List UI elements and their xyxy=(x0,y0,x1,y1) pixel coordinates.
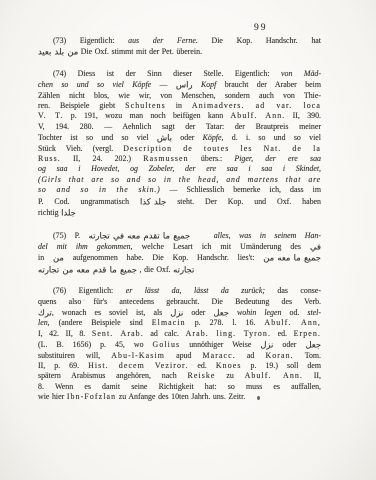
arabic-text: تجارته xyxy=(173,264,194,274)
text-line: ترك, wonach es soviel ist, als نزل oder … xyxy=(38,307,321,318)
text-line: 8. Wenn es damit seine Richtigkeit hat: … xyxy=(38,382,321,392)
text-segment: Description de toutes les Nat. de la xyxy=(123,144,321,153)
text-segment: Zählen nicht blos, wie wir, von Menschen… xyxy=(38,91,321,100)
text-segment: Schultens xyxy=(125,101,166,110)
text-segment: (74) Diess ist der Sinn dieser Stelle. E… xyxy=(53,69,281,78)
text-segment: Ibn-Fofzlan xyxy=(67,392,116,401)
text-line: (L. B. 1656) p. 45, wo Golius unnöthiger… xyxy=(38,339,321,350)
arabic-text: جميع ما معه من xyxy=(263,253,321,263)
text-segment: Erpen. xyxy=(294,329,321,338)
text-segment: Golius xyxy=(153,340,181,349)
text-segment: Rasmussen xyxy=(143,154,188,163)
text-line: wie hier Ibn-Fofzlan zu Anfange des 10te… xyxy=(38,392,321,402)
text-segment: stel- xyxy=(307,308,321,317)
text-segment: Tochter ist so und so viel xyxy=(38,133,157,142)
text-segment: del mit ihm gekommen xyxy=(38,242,131,251)
arabic-text: جلد كذا xyxy=(140,196,166,206)
text-segment: (75) P. xyxy=(53,231,89,240)
text-line: Russ. II, 24. 202.) Rasmussen übers.: Pi… xyxy=(38,154,321,164)
text-segment: ad calc. xyxy=(144,329,186,338)
footnote-paragraph: (76) Eigentlich: er lässt da, lässt da z… xyxy=(38,286,321,402)
arabic-text: راس xyxy=(176,80,193,90)
text-segment xyxy=(193,80,201,89)
text-segment: I, 42. II, 8. xyxy=(38,329,92,338)
footnote-paragraph: (73) Eigentlich: aus der Ferne. Die Kop.… xyxy=(38,36,321,58)
arabic-text: نزل xyxy=(260,340,273,350)
text-segment: P. Cod. ungrammatisch xyxy=(38,197,140,206)
text-segment: len, xyxy=(38,318,50,327)
text-segment: das conse- xyxy=(265,286,321,295)
text-segment: übers.: xyxy=(189,154,235,163)
text-line: جميع ما قدم معه من تجارته , die Oxf. تجا… xyxy=(38,264,321,275)
text-segment: Knoes xyxy=(216,361,242,370)
text-line: (Girls that are so and so in the head, a… xyxy=(38,175,321,185)
text-segment: spätern Arabismus angehören, nach xyxy=(38,371,187,380)
text-segment: Die Oxf. stimmt mit der Pet. überein. xyxy=(78,47,202,56)
text-segment: Sent. Arab. xyxy=(92,329,144,338)
text-line: chen so und so viel Köpfe — راس Kopf bra… xyxy=(38,79,321,90)
text-segment: — xyxy=(151,80,176,89)
arabic-text: في xyxy=(310,241,321,251)
text-line: I, 42. II, 8. Sent. Arab. ad calc. Arab.… xyxy=(38,329,321,339)
scanned-book-page: 99 (73) Eigentlich: aus der Ferne. Die K… xyxy=(0,0,376,480)
text-line: من بلد بعيد Die Oxf. stimmt mit der Pet.… xyxy=(38,46,321,57)
text-segment: zu xyxy=(216,371,245,380)
text-segment: Abulf. Ann. xyxy=(230,111,285,120)
text-segment: Russ. xyxy=(38,154,61,163)
text-segment: Animadvers. ad var. loca xyxy=(192,101,321,110)
text-segment: (76) Eigentlich: xyxy=(53,286,126,295)
text-segment: Maracc. xyxy=(203,351,236,360)
text-segment: aus der Ferne. xyxy=(128,36,198,45)
text-segment: unnöthiger Weise xyxy=(180,340,260,349)
text-segment: Abulf. Ann, xyxy=(264,318,321,327)
text-segment: oder xyxy=(183,308,213,317)
text-segment: Köpfe xyxy=(203,133,222,142)
text-segment: Stück Vieh. (vergl. xyxy=(38,144,123,153)
text-segment: (73) Eigentlich: xyxy=(53,36,128,45)
text-line: Tochter ist so und so viel باش oder Köpf… xyxy=(38,132,321,143)
text-segment: , d. i. so und so viel xyxy=(221,133,321,142)
text-segment: Piger, der ere saa xyxy=(234,154,321,163)
text-segment: II, 24. 202.) xyxy=(61,154,143,163)
text-line: Stück Vieh. (vergl. Description de toute… xyxy=(38,144,321,154)
arabic-text: باش xyxy=(157,133,172,143)
text-segment: (andere Beispiele sind xyxy=(50,318,152,327)
text-line: Zählen nicht blos, wie wir, von Menschen… xyxy=(38,91,321,101)
text-segment: II, p. 69. xyxy=(38,361,88,370)
arabic-text: من xyxy=(53,253,64,263)
text-segment: apud xyxy=(165,351,203,360)
arabic-text: جلدا xyxy=(61,208,76,218)
text-segment: II, xyxy=(303,371,321,380)
text-line: II, p. 69. Hist. decem Veziror. ed. Knoe… xyxy=(38,361,321,371)
text-segment: ren. Beispiele giebt xyxy=(38,101,125,110)
text-line: V, 194. 280. — Aehnlich sagt der Tatar: … xyxy=(38,122,321,132)
ink-speck xyxy=(257,396,260,400)
text-segment: (L. B. 1656) p. 45, wo xyxy=(38,340,153,349)
text-line: (75) P. جميع ما تقدم معه في تجارته alles… xyxy=(38,230,321,241)
arabic-text: نزل xyxy=(170,307,183,317)
text-segment: ed. xyxy=(188,361,215,370)
text-segment: steht. Der Kop. und Oxf. haben xyxy=(166,197,321,206)
text-segment: V. T. xyxy=(38,111,64,120)
text-line: quens also für's antecedens gebraucht. D… xyxy=(38,297,321,307)
text-segment: substituiren will, xyxy=(38,351,111,360)
text-segment: p. 278. l. 16. xyxy=(186,318,265,327)
arabic-text: جميع ما تقدم معه في تجارته xyxy=(89,230,206,240)
text-segment: so and so in the skin.) xyxy=(38,185,161,194)
text-segment: Abu-l-Kasim xyxy=(111,351,165,360)
text-segment: , welche Lesart ich mit Umänderung des xyxy=(131,242,310,251)
text-segment: Koran. xyxy=(265,351,293,360)
text-segment xyxy=(205,231,213,240)
text-segment: og saa i Hovedet, og Zobeler, der ere sa… xyxy=(38,164,321,173)
text-line: spätern Arabismus angehören, nach Reiske… xyxy=(38,371,321,381)
text-segment: ad xyxy=(236,351,266,360)
text-segment: II, 390. xyxy=(285,111,321,120)
text-line: so and so in the skin.) — Schliesslich b… xyxy=(38,185,321,195)
text-line: ren. Beispiele giebt Schultens in Animad… xyxy=(38,101,321,111)
text-segment: od. xyxy=(281,308,307,317)
text-segment: aufgenommen habe. Die Kop. Handschr. lie… xyxy=(64,253,263,262)
text-segment: V, 194. 280. — Aehnlich sagt der Tatar: … xyxy=(38,122,321,131)
text-line: V. T. p. 191, wozu man noch beifügen kan… xyxy=(38,111,321,121)
text-segment: braucht der Araber beim xyxy=(216,80,321,89)
text-segment: in xyxy=(38,253,53,262)
text-line: (76) Eigentlich: er lässt da, lässt da z… xyxy=(38,286,321,296)
text-line: in من aufgenommen habe. Die Kop. Handsch… xyxy=(38,252,321,263)
arabic-text: جعل xyxy=(213,307,229,317)
text-segment: chen so und so viel Köpfe xyxy=(38,80,151,89)
page-number: 99 xyxy=(254,23,268,33)
text-segment: Die Kop. Handschr. hat xyxy=(198,36,321,45)
text-line: P. Cod. ungrammatisch جلد كذا steht. Der… xyxy=(38,196,321,207)
footnote-paragraph: (75) P. جميع ما تقدم معه في تجارته alles… xyxy=(38,230,321,276)
text-segment: wohin legen xyxy=(237,308,281,317)
arabic-text: من بلد بعيد xyxy=(38,47,78,57)
text-line: og saa i Hovedet, og Zobeler, der ere sa… xyxy=(38,164,321,174)
text-segment: p. 19.) soll dem xyxy=(242,361,321,370)
text-segment: oder xyxy=(273,340,305,349)
footnote-paragraph: (74) Diess ist der Sinn dieser Stelle. E… xyxy=(38,69,321,219)
text-line: (74) Diess ist der Sinn dieser Stelle. E… xyxy=(38,69,321,79)
text-segment: von Mäd- xyxy=(281,69,321,78)
arabic-text: ترك xyxy=(38,307,52,317)
text-segment: in xyxy=(166,101,192,110)
text-line: del mit ihm gekommen, welche Lesart ich … xyxy=(38,241,321,252)
text-segment: Abulf. Ann. xyxy=(245,371,303,380)
text-segment: quens also für's antecedens gebraucht. D… xyxy=(38,297,321,306)
text-segment: 8. Wenn es damit seine Richtigkeit hat: … xyxy=(38,382,321,391)
text-segment: Reiske xyxy=(187,371,215,380)
text-segment: — Schliesslich bemerke ich, dass im xyxy=(161,185,321,194)
arabic-text: جميع ما قدم معه من تجارته xyxy=(38,264,137,274)
text-segment: (Girls that are so and so in the head, a… xyxy=(38,175,321,184)
arabic-text: جعل xyxy=(305,340,321,350)
text-line: (73) Eigentlich: aus der Ferne. Die Kop.… xyxy=(38,36,321,46)
text-segment: alles, was in seinem Han- xyxy=(214,231,321,240)
text-segment: p. 191, wozu man noch beifügen kann xyxy=(64,111,231,120)
text-segment: Kopf xyxy=(201,80,216,89)
text-segment: Elmacin xyxy=(152,318,186,327)
text-segment: ed. xyxy=(271,329,294,338)
text-segment: wie hier xyxy=(38,392,67,401)
text-segment: Hist. decem Veziror. xyxy=(88,361,188,370)
text-segment: , wonach es soviel ist, als xyxy=(52,308,170,317)
text-segment: er lässt da, lässt da zurück; xyxy=(126,286,265,295)
text-segment: , die Oxf. xyxy=(137,265,173,274)
text-segment: richtig xyxy=(38,208,61,217)
text-line: richtig جلدا xyxy=(38,207,321,218)
text-line: len, (andere Beispiele sind Elmacin p. 2… xyxy=(38,318,321,328)
text-segment: Tom. xyxy=(294,351,321,360)
text-segment: oder xyxy=(172,133,203,142)
text-segment: Arab. ling. Tyron. xyxy=(186,329,271,338)
text-segment: zu Anfange des 10ten Jahrh. uns. Zeitr. xyxy=(116,392,245,401)
text-segment xyxy=(229,308,237,317)
text-line: substituiren will, Abu-l-Kasim apud Mara… xyxy=(38,351,321,361)
text-block: (73) Eigentlich: aus der Ferne. Die Kop.… xyxy=(38,36,321,403)
